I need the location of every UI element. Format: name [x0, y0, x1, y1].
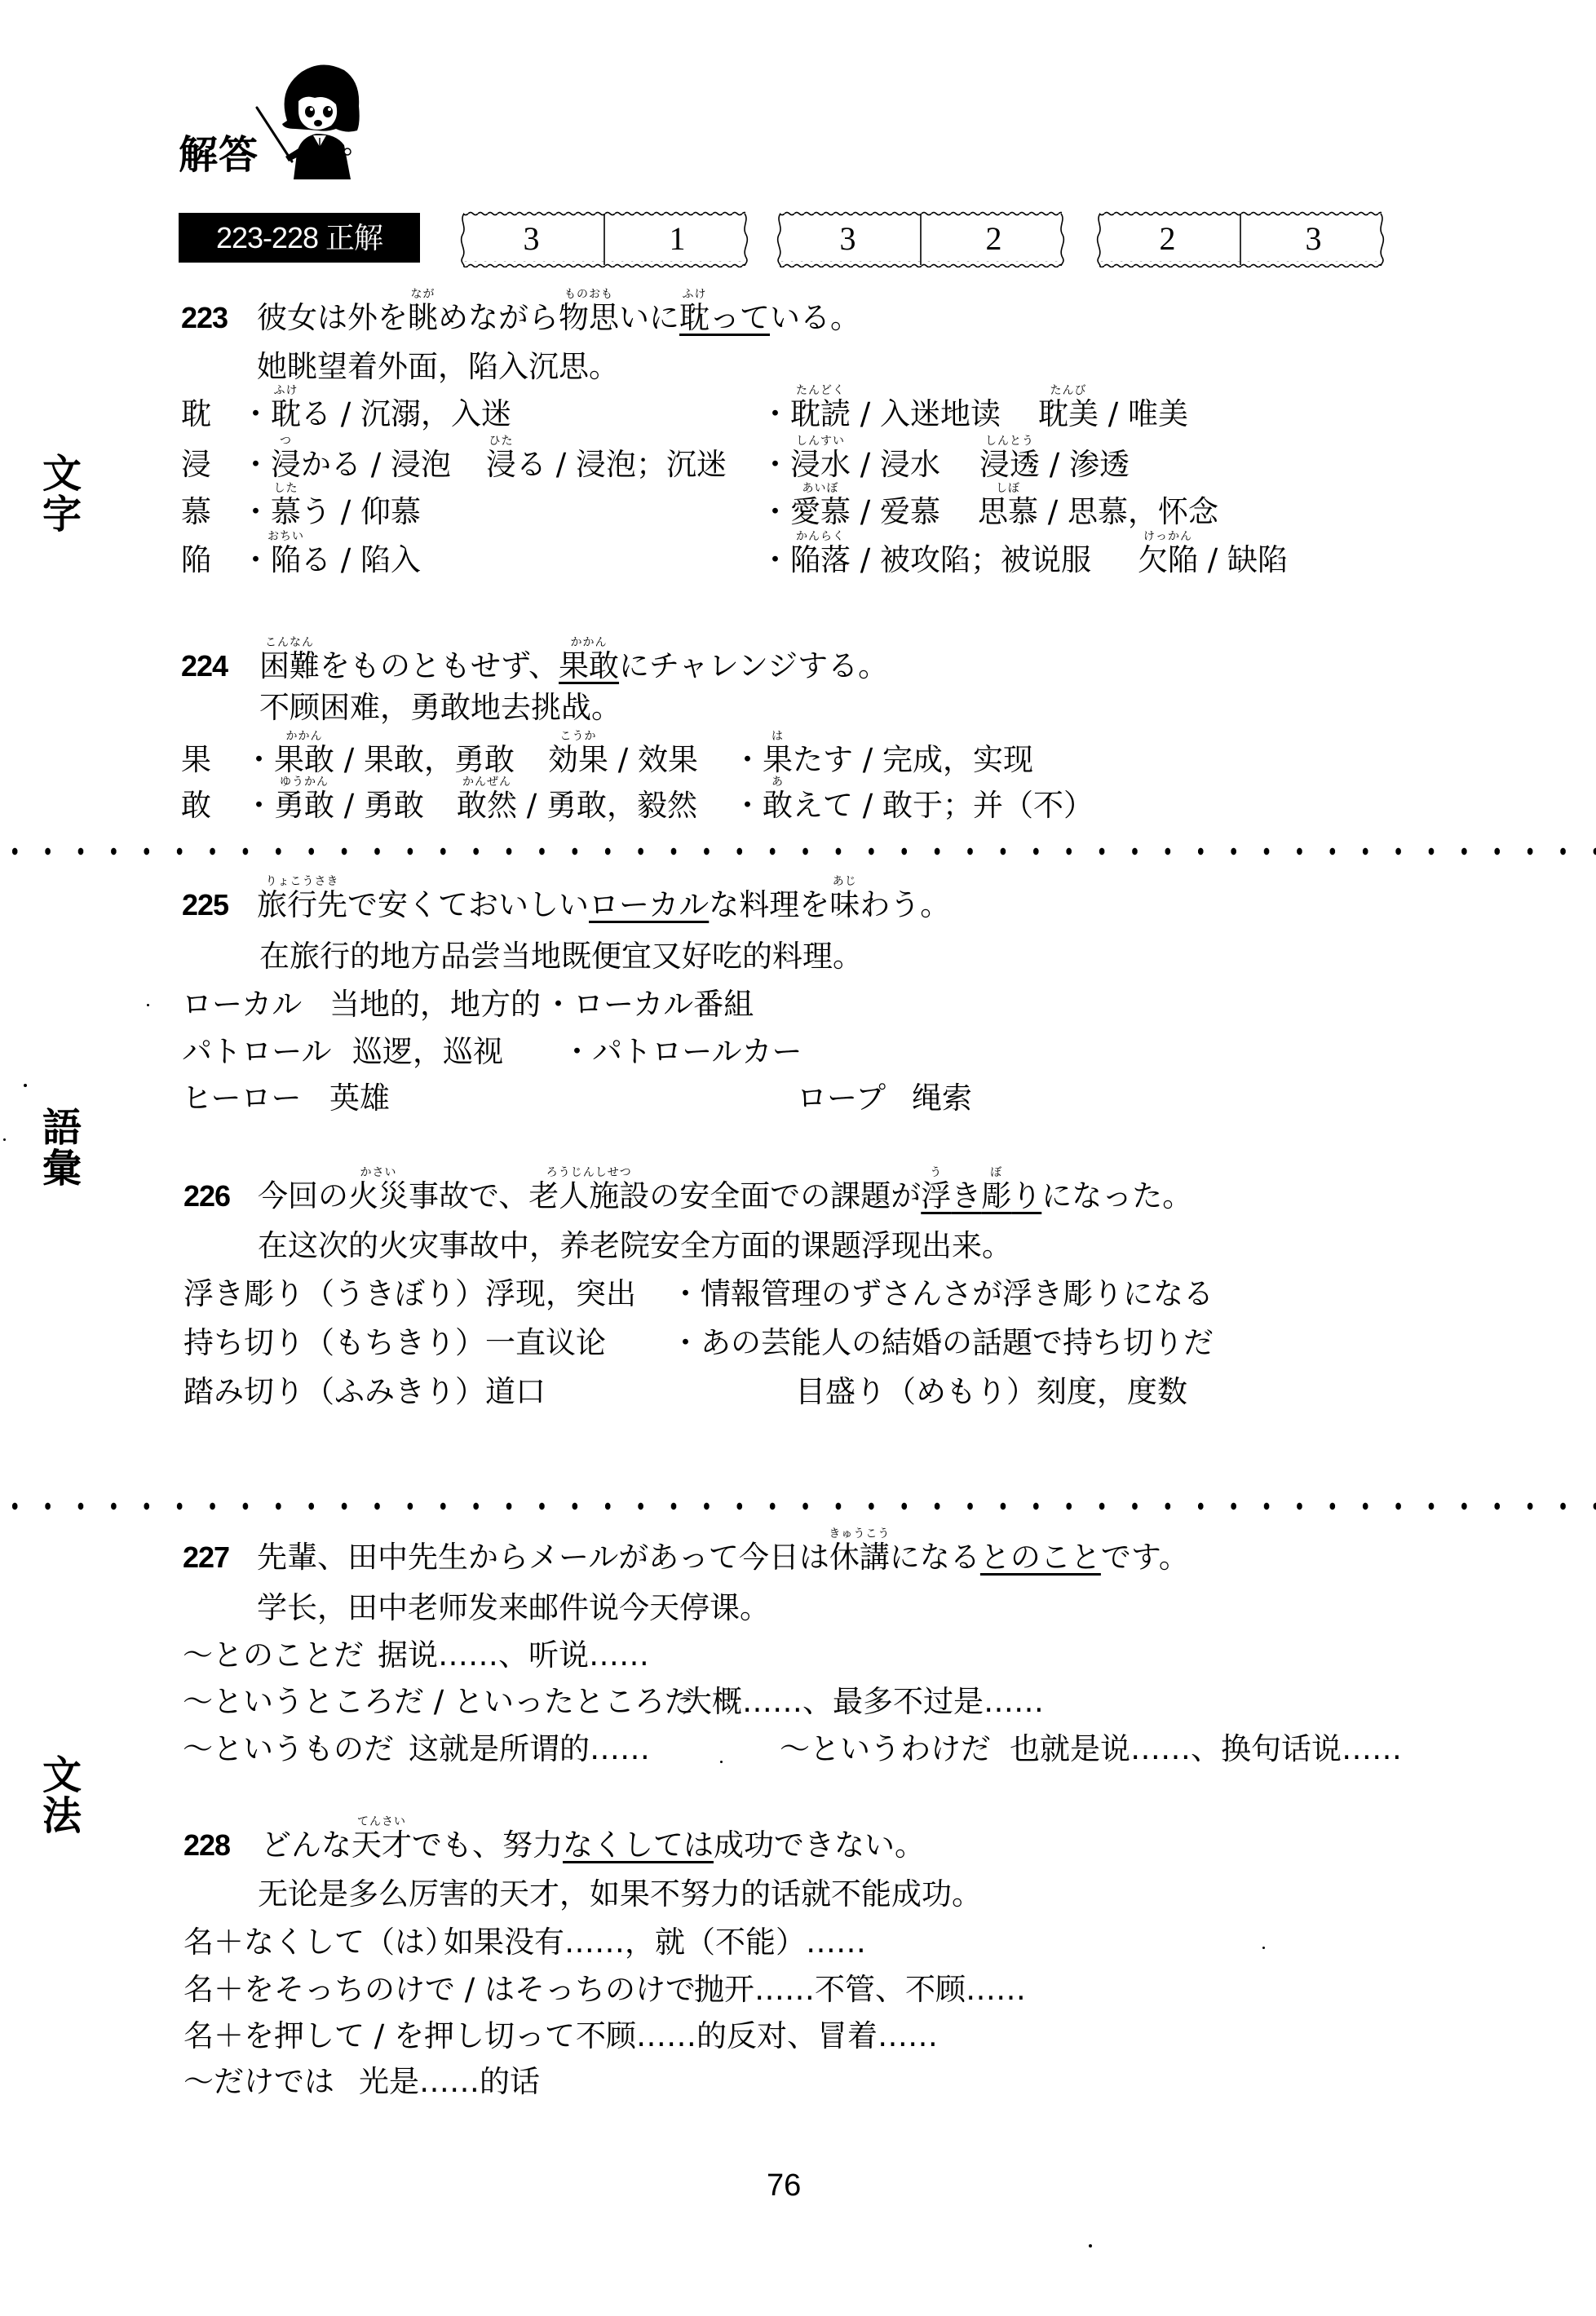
vocab-term: 持ち切り（もちきり）一直议论 — [183, 1328, 606, 1359]
grammar-meaning: 这就是所谓的…… — [409, 1734, 650, 1765]
text-segment: / 爱慕 — [851, 494, 940, 529]
text-segment: いる。 — [770, 300, 860, 335]
question-number: 223 — [181, 303, 228, 334]
grammar-meaning: 光是……的话 — [359, 2066, 540, 2097]
vocab-term: 浮き彫り（うきぼり）浮现，突出 — [183, 1279, 636, 1310]
text-segment: ・ — [241, 447, 271, 482]
underlined-ruby-base: 耽ふけ — [679, 303, 710, 334]
grammar-meaning: 不顾……的反对、冒着…… — [576, 2021, 938, 2052]
grammar-pattern: ～だけでは — [183, 2066, 334, 2097]
text-segment: ・ — [244, 742, 274, 777]
ruby-base: 愛慕あいぼ — [790, 497, 851, 528]
ruby-base: 効果こうか — [548, 745, 608, 776]
vocab-item: 思慕しぼ / 思慕，怀念 — [978, 497, 1218, 528]
question-number: 225 — [182, 890, 228, 921]
underlined-target: とのこと — [980, 1540, 1101, 1575]
sentence-translation: 不顾困难，勇敢地去挑战。 — [259, 692, 621, 723]
text-segment: る / 沉溺，入迷 — [301, 396, 511, 431]
underlined-target: ローカル — [589, 887, 709, 922]
section-label-bunpo: 文法 — [42, 1755, 85, 1836]
sentence-translation: 在这次的火灾事故中，养老院安全方面的课题浮现出来。 — [258, 1231, 1012, 1262]
ruby-reading: ふけ — [683, 289, 707, 300]
question-sentence: 彼女は外を眺ながめながら物思ものおもいに耽ふけっている。 — [257, 303, 860, 334]
ruby-base: 浸つ — [271, 449, 301, 480]
text-segment: の安全面での課題が — [649, 1178, 921, 1213]
text-segment: になる — [890, 1540, 980, 1575]
text-segment: る / 陷入 — [301, 542, 421, 577]
ruby-base: 慕した — [271, 497, 301, 528]
kanji-label: 果 — [181, 745, 211, 776]
vocab-item: 浸ひたる / 浸泡；沉迷 — [486, 449, 727, 480]
text-segment: / 渗透 — [1040, 447, 1130, 482]
ruby-base: 休講きゅうこう — [829, 1542, 890, 1573]
page-number: 76 — [767, 2169, 801, 2202]
scan-speck — [1262, 1947, 1265, 1949]
question-number: 224 — [181, 651, 228, 682]
text-segment: ・ — [760, 396, 790, 431]
kanji-label: 浸 — [181, 449, 211, 480]
vocab-term: ヒーロー — [182, 1083, 302, 1114]
ruby-reading: ぼ — [990, 1167, 1002, 1178]
question-sentence: 旅行先りょこうさきで安くておいしいローカルな料理を味あじわう。 — [257, 890, 950, 921]
ruby-reading: う — [930, 1167, 942, 1178]
underlined-ruby-base: 果敢かかん — [559, 651, 619, 682]
dotted-divider — [0, 847, 1596, 855]
text-segment: 彼女は外を — [257, 300, 408, 335]
vocab-item: 効果こうか / 效果 — [548, 745, 698, 776]
ruby-reading: つ — [280, 435, 292, 447]
ruby-reading: なが — [411, 289, 435, 300]
ruby-base: 旅行先りょこうさき — [257, 890, 347, 921]
answer-cell-226: 2 — [921, 220, 1067, 258]
scan-speck — [1089, 2244, 1092, 2247]
vocab-item: ・浸つかる / 浸泡 — [241, 449, 451, 480]
ruby-base: 物思ものおも — [559, 303, 619, 334]
sentence-translation: 她眺望着外面，陷入沉思。 — [257, 351, 619, 382]
ruby-reading: しんすい — [796, 435, 845, 447]
text-segment: ・ — [760, 542, 790, 577]
ruby-reading: こうか — [560, 731, 597, 742]
text-segment: な料理を — [709, 887, 829, 922]
ruby-reading: りょこうさき — [266, 876, 339, 887]
vocab-item: ・敢あえて / 敢于；并（不） — [732, 790, 1094, 821]
text-segment: わう。 — [860, 887, 950, 922]
grammar-pattern: ～というものだ — [183, 1734, 394, 1765]
answer-group-1: 3 1 — [458, 210, 750, 267]
text-segment: になった。 — [1041, 1178, 1192, 1213]
text-segment: ・ — [760, 447, 790, 482]
vocab-term: ローカル — [182, 989, 302, 1020]
ruby-reading: しんとう — [985, 435, 1034, 447]
vocab-meaning: 当地的，地方的 — [329, 989, 541, 1020]
vocab-item: 欠陥けっかん / 缺陷 — [1138, 545, 1288, 576]
text-segment: ・ — [241, 396, 271, 431]
ruby-base: 耽ふけ — [271, 399, 301, 430]
text-segment: たす / 完成，实现 — [793, 742, 1033, 777]
text-segment: をものともせず、 — [320, 648, 559, 683]
ruby-reading: あいぼ — [802, 483, 839, 494]
ruby-base: 耽読たんどく — [790, 399, 851, 430]
answer-group-3: 2 3 — [1094, 210, 1386, 267]
vocab-item: ・陥おちいる / 陷入 — [241, 545, 421, 576]
scan-speck — [147, 1004, 149, 1006]
ruby-reading: かんらく — [796, 531, 845, 542]
ruby-base: 眺なが — [408, 303, 438, 334]
text-segment: 事故で、 — [409, 1178, 528, 1213]
ruby-base: 困難こんなん — [259, 651, 320, 682]
grammar-pattern: 名＋を押して / を押し切って — [183, 2021, 575, 2052]
question-number: 227 — [183, 1542, 229, 1573]
vocab-item: ・慕したう / 仰慕 — [241, 497, 421, 528]
ruby-reading: しぼ — [996, 483, 1020, 494]
answer-cell-223: 3 — [458, 220, 604, 258]
question-sentence: 今回の火災かさい事故で、老人施設ろうじんしせつの安全面での課題が浮うき彫ぼりにな… — [258, 1181, 1192, 1212]
ruby-reading: おちい — [267, 531, 304, 542]
grammar-meaning: 据说……、听说…… — [378, 1640, 649, 1671]
ruby-reading: こんなん — [265, 637, 314, 648]
underlined-target: き — [951, 1178, 981, 1213]
vocab-term: 目盛り（めもり）刻度，度数 — [795, 1377, 1187, 1408]
text-segment: でも、努力 — [412, 1828, 563, 1863]
question-sentence: 先輩、田中先生からメールがあって今日は休講きゅうこうになるとのことです。 — [257, 1542, 1189, 1573]
text-segment: ・ — [732, 788, 763, 823]
ruby-reading: した — [274, 483, 298, 494]
ruby-base: 浸水しんすい — [790, 449, 851, 480]
text-segment: ・ — [760, 494, 790, 529]
vocab-meaning: 巡逻，巡视 — [352, 1036, 503, 1067]
vocab-item: ・耽読たんどく / 入迷地读 — [760, 399, 1001, 430]
vocab-meaning: 绳索 — [912, 1083, 972, 1114]
ruby-base: 欠陥けっかん — [1138, 545, 1198, 576]
vocab-meaning: 英雄 — [329, 1083, 390, 1114]
kanji-label: 敢 — [181, 790, 211, 821]
ruby-base: 思慕しぼ — [978, 497, 1038, 528]
ruby-base: 老人施設ろうじんしせつ — [528, 1181, 649, 1212]
text-segment: う / 仰慕 — [301, 494, 421, 529]
vocab-example: ・ローカル番組 — [543, 989, 754, 1020]
answer-group-2: 3 2 — [775, 210, 1067, 267]
sentence-translation: 学长，田中老师发来邮件说今天停课。 — [257, 1593, 770, 1624]
kanji-label: 慕 — [181, 497, 211, 528]
text-segment: で安くておいしい — [347, 887, 589, 922]
text-segment: / 思慕，怀念 — [1038, 494, 1218, 529]
ruby-reading: ひた — [489, 435, 514, 447]
text-segment: どんな — [261, 1828, 351, 1863]
question-number: 226 — [183, 1181, 230, 1212]
text-segment: ・ — [244, 788, 274, 823]
vocab-item: ・耽ふける / 沉溺，入迷 — [241, 399, 511, 430]
vocab-example: ・あの芸能人の結婚の話題で持ち切りだ — [670, 1328, 1214, 1359]
scan-speck — [720, 1761, 723, 1763]
dotted-divider — [0, 1502, 1596, 1510]
ruby-base: 果敢かかん — [274, 745, 334, 776]
ruby-base: 天才てんさい — [351, 1830, 412, 1861]
text-segment: ・ — [241, 542, 271, 577]
grammar-pattern: ～とのことだ — [183, 1640, 364, 1671]
teacher-girl-illustration — [245, 57, 383, 196]
ruby-base: 敢然かんぜん — [457, 790, 517, 821]
ruby-base: 味あじ — [829, 890, 860, 921]
answer-page: 解答 223-228 正解 3 1 — [0, 0, 1596, 2316]
ruby-reading: ろうじんしせつ — [546, 1167, 632, 1178]
ruby-reading: かさい — [360, 1167, 397, 1178]
grammar-pattern: ～というところだ / といったところだ — [183, 1686, 695, 1717]
ruby-reading: ゆうかん — [280, 776, 329, 788]
section-label-goi: 語彙 — [42, 1107, 85, 1189]
text-segment: / 缺陷 — [1198, 542, 1288, 577]
scan-speck — [3, 1138, 6, 1141]
ruby-base: 浸透しんとう — [979, 449, 1040, 480]
ruby-reading: けっかん — [1143, 531, 1192, 542]
text-segment: ・ — [241, 494, 271, 529]
ruby-base: 敢あ — [763, 790, 793, 821]
underlined-target: って — [710, 300, 770, 335]
text-segment: / 唯美 — [1099, 396, 1188, 431]
ruby-reading: てんさい — [357, 1816, 406, 1828]
text-segment: / 勇敢，毅然 — [517, 788, 697, 823]
text-segment: / 果敢，勇敢 — [334, 742, 515, 777]
answer-cell-227: 2 — [1094, 220, 1240, 258]
ruby-reading: たんどく — [796, 385, 845, 396]
vocab-item: ・愛慕あいぼ / 爱慕 — [760, 497, 940, 528]
kanji-label: 耽 — [181, 399, 211, 430]
underlined-ruby-base: 浮う — [921, 1181, 951, 1212]
text-segment: えて / 敢于；并（不） — [793, 788, 1094, 823]
text-segment: / 被攻陷；被说服 — [851, 542, 1091, 577]
scan-speck — [24, 1084, 27, 1087]
vocab-item: 耽美たんび / 唯美 — [1038, 399, 1188, 430]
underlined-ruby-base: 彫ぼ — [981, 1181, 1011, 1212]
ruby-base: 耽美たんび — [1038, 399, 1099, 430]
ruby-base: 果は — [763, 745, 793, 776]
ruby-base: 勇敢ゆうかん — [274, 790, 334, 821]
answer-cell-228: 3 — [1240, 220, 1386, 258]
text-segment: / 勇敢 — [334, 788, 424, 823]
question-number: 228 — [183, 1830, 230, 1861]
vocab-item: 敢然かんぜん / 勇敢，毅然 — [457, 790, 697, 821]
answer-cell-224: 1 — [604, 220, 750, 258]
vocab-item: ・果はたす / 完成，实现 — [732, 745, 1033, 776]
sentence-translation: 无论是多么厉害的天才，如果不努力的话就不能成功。 — [258, 1879, 982, 1910]
ruby-reading: あ — [771, 776, 784, 788]
text-segment: / 效果 — [608, 742, 698, 777]
grammar-pattern: ～というわけだ — [780, 1734, 991, 1765]
text-segment: ・ — [732, 742, 763, 777]
grammar-meaning: 大概……、最多不过是…… — [682, 1686, 1044, 1717]
ruby-base: 浸ひた — [486, 449, 516, 480]
kanji-label: 陥 — [181, 545, 211, 576]
section-label-moji: 文字 — [42, 453, 85, 535]
sentence-translation: 在旅行的地方品尝当地既便宜又好吃的料理。 — [259, 941, 863, 972]
text-segment: / 浸水 — [851, 447, 940, 482]
grammar-pattern: 名＋をそっちのけで / はそっちのけで — [183, 1974, 696, 2005]
text-segment: 先輩、田中先生からメールがあって今日は — [257, 1540, 829, 1575]
ruby-reading: かかん — [286, 731, 323, 742]
text-segment: です。 — [1101, 1540, 1189, 1575]
ruby-reading: は — [771, 731, 784, 742]
text-segment: めながら — [438, 300, 559, 335]
text-segment: 今回の — [258, 1178, 348, 1213]
grammar-pattern: 名＋なくして（は） — [183, 1927, 455, 1958]
vocab-example: ・情報管理のずさんさが浮き彫りになる — [670, 1279, 1214, 1310]
ruby-reading: ふけ — [274, 385, 298, 396]
vocab-item: ・勇敢ゆうかん / 勇敢 — [244, 790, 424, 821]
vocab-term: 踏み切り（ふみきり）道口 — [183, 1377, 546, 1408]
ruby-reading: あじ — [833, 876, 857, 887]
answer-range-label: 223-228 正解 — [179, 213, 420, 263]
ruby-reading: かんぜん — [462, 776, 511, 788]
underlined-target: り — [1011, 1178, 1041, 1213]
grammar-meaning: 抛开……不管、不顾…… — [694, 1974, 1026, 2005]
underlined-target: なくしては — [563, 1828, 714, 1863]
grammar-meaning: 也就是说……、换句话说…… — [1010, 1734, 1402, 1765]
ruby-reading: たんび — [1050, 385, 1087, 396]
vocab-term: ロープ — [797, 1083, 886, 1114]
vocab-item: ・陥落かんらく / 被攻陷；被说服 — [760, 545, 1091, 576]
vocab-item: ・果敢かかん / 果敢，勇敢 — [244, 745, 515, 776]
ruby-base: 陥落かんらく — [790, 545, 851, 576]
ruby-base: 火災かさい — [348, 1181, 409, 1212]
vocab-item: 浸透しんとう / 渗透 — [979, 449, 1130, 480]
vocab-example: ・パトロールカー — [562, 1036, 802, 1067]
text-segment: かる / 浸泡 — [301, 447, 451, 482]
text-segment: 成功できない。 — [714, 1828, 925, 1863]
vocab-item: ・浸水しんすい / 浸水 — [760, 449, 940, 480]
text-segment: にチャレンジする。 — [619, 648, 888, 683]
ruby-base: 陥おちい — [271, 545, 301, 576]
ruby-reading: ものおも — [564, 289, 613, 300]
grammar-meaning: 如果没有……，就（不能）…… — [444, 1927, 866, 1958]
question-sentence: 困難こんなんをものともせず、果敢かかんにチャレンジする。 — [259, 651, 888, 682]
vocab-term: パトロール — [182, 1036, 332, 1067]
ruby-reading: かかん — [571, 637, 608, 648]
text-segment: / 入迷地读 — [851, 396, 1001, 431]
ruby-reading: きゅうこう — [829, 1528, 890, 1540]
text-segment: る / 浸泡；沉迷 — [516, 447, 727, 482]
answer-cell-225: 3 — [775, 220, 921, 258]
question-sentence: どんな天才てんさいでも、努力なくしては成功できない。 — [261, 1830, 925, 1861]
text-segment: いに — [619, 300, 679, 335]
